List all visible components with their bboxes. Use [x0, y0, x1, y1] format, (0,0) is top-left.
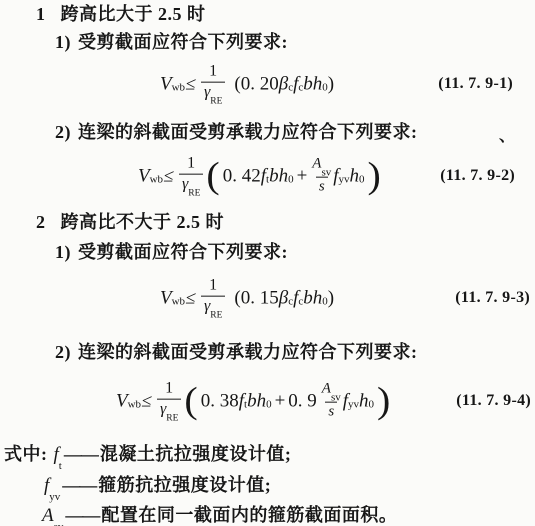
- formula-11-7-9-2: Vwb≤1γRE(0. 42ftbh0+Asvsfyvh0): [138, 156, 381, 197]
- close-paren: ): [328, 289, 334, 308]
- var-V-subscript: wb: [172, 83, 185, 94]
- var-bh: bh: [303, 289, 322, 308]
- definition-dash: ——: [64, 444, 98, 465]
- var-V-subscript: wb: [128, 400, 141, 411]
- document-page: { "page": {"background": "#fbfbf9", "ink…: [0, 0, 535, 526]
- definition-text: 箍筋抗拉强度设计值;: [98, 471, 271, 497]
- fraction-numerator: Asv: [312, 157, 331, 177]
- var-A-subscript: sv: [54, 521, 64, 526]
- scan-pause-mark: 、: [499, 123, 515, 146]
- var-V: V: [116, 392, 128, 411]
- item-2-text: 连梁的斜截面受剪承载力应符合下列要求:: [78, 122, 418, 142]
- var-f-subscript: t: [244, 400, 247, 411]
- var-beta-subscript: c: [288, 83, 293, 94]
- var-f: f: [54, 444, 59, 465]
- var-A-subscript: sv: [321, 167, 331, 179]
- formula-row-2: Vwb≤1γRE(0. 42ftbh0+Asvsfyvh0) (11. 7. 9…: [0, 149, 535, 203]
- var-fyv-subscript: yv: [339, 175, 350, 186]
- less-equal-sign: ≤: [185, 75, 197, 93]
- fraction-numerator: Asv: [322, 382, 341, 402]
- coefficient: 0. 42: [223, 167, 261, 186]
- item-2-label: 2): [55, 122, 71, 142]
- where-row-ft: 式中: ft —— 混凝土抗拉强度设计值;: [4, 440, 291, 468]
- definition-dash: ——: [65, 505, 99, 526]
- fraction-denominator: γRE: [157, 399, 181, 422]
- clause-2-heading: 2跨高比不大于 2.5 时: [36, 211, 224, 233]
- var-s: s: [316, 177, 328, 195]
- formula-11-7-9-1: Vwb≤1γRE(0. 20βcfcbh0): [160, 64, 334, 105]
- formula-row-4: Vwb≤1γRE(0. 38ftbh0+0. 9Asvsfyvh0) (11. …: [0, 374, 535, 428]
- var-h: h: [359, 392, 369, 411]
- fraction-numerator: 1: [209, 278, 217, 296]
- var-f-subscript: c: [298, 297, 303, 308]
- fraction-Asv-over-s: Asvs: [322, 382, 341, 420]
- clause-2-item-1: 1)受剪截面应符合下列要求:: [55, 241, 288, 263]
- var-bh-subscript: 0: [322, 83, 328, 94]
- fraction-denominator: γRE: [179, 174, 203, 197]
- clause-2-text: 跨高比不大于 2.5 时: [61, 212, 225, 232]
- close-paren: ): [328, 75, 334, 94]
- var-V: V: [160, 289, 172, 308]
- definition-dash: ——: [62, 475, 96, 496]
- var-f-subscript: c: [298, 83, 303, 94]
- fraction-1-over-gammaRE: 1γRE: [201, 64, 225, 105]
- fraction-1-over-gammaRE: 1γRE: [201, 278, 225, 319]
- var-f-subscript: t: [59, 460, 62, 472]
- fraction-denominator: γRE: [201, 296, 225, 319]
- equation-number-1: (11. 7. 9-1): [438, 75, 513, 93]
- var-h: h: [350, 167, 360, 186]
- less-equal-sign: ≤: [141, 392, 153, 410]
- var-h-subscript: 0: [359, 175, 365, 186]
- var-gamma-subscript: RE: [166, 414, 178, 424]
- clause-1-item-2: 2)连梁的斜截面受剪承载力应符合下列要求:: [55, 121, 418, 143]
- item-1-label: 1): [55, 32, 71, 52]
- fraction-1-over-gammaRE: 1γRE: [157, 381, 181, 422]
- where-intro: 式中:: [4, 440, 48, 466]
- var-beta-subscript: c: [288, 297, 293, 308]
- clause-1-text: 跨高比大于 2.5 时: [61, 4, 206, 24]
- var-bh: bh: [269, 167, 288, 186]
- var-beta: β: [279, 289, 288, 308]
- plus-sign: +: [297, 167, 308, 186]
- item-4-text: 连梁的斜截面受剪承载力应符合下列要求:: [78, 342, 418, 362]
- coefficient: 0. 20: [241, 75, 279, 94]
- symbol-ft: ft: [54, 444, 62, 468]
- clause-2-item-2: 2)连梁的斜截面受剪承载力应符合下列要求:: [55, 341, 418, 363]
- clause-2-number: 2: [36, 212, 46, 232]
- equation-number-3: (11. 7. 9-3): [455, 289, 530, 307]
- fraction-1-over-gammaRE: 1γRE: [179, 156, 203, 197]
- where-row-asv: Asv —— 配置在同一截面内的箍筋截面面积。: [42, 501, 397, 526]
- var-bh: bh: [303, 75, 322, 94]
- fraction-numerator: 1: [187, 156, 195, 174]
- where-row-fyv: fyv —— 箍筋抗拉强度设计值;: [44, 471, 271, 499]
- coefficient-2: 0. 9: [288, 392, 317, 411]
- equation-number-4: (11. 7. 9-4): [456, 392, 531, 410]
- less-equal-sign: ≤: [163, 167, 175, 185]
- var-bh-subscript: 0: [322, 297, 328, 308]
- var-h-subscript: 0: [369, 400, 375, 411]
- var-gamma-subscript: RE: [188, 189, 200, 199]
- var-bh: bh: [247, 392, 266, 411]
- equation-number-2: (11. 7. 9-2): [440, 167, 515, 185]
- formula-row-1: Vwb≤1γRE(0. 20βcfcbh0) (11. 7. 9-1): [0, 58, 535, 110]
- var-A: A: [322, 381, 331, 397]
- plus-sign: +: [275, 392, 286, 411]
- formula-11-7-9-4: Vwb≤1γRE(0. 38ftbh0+0. 9Asvsfyvh0): [116, 381, 390, 422]
- coefficient: 0. 38: [201, 392, 239, 411]
- item-4-label: 2): [55, 342, 71, 362]
- item-3-label: 1): [55, 242, 71, 262]
- clause-1-heading: 1跨高比大于 2.5 时: [36, 3, 206, 25]
- var-f-subscript: t: [266, 175, 269, 186]
- coefficient: 0. 15: [241, 289, 279, 308]
- var-bh-subscript: 0: [288, 175, 294, 186]
- item-3-text: 受剪截面应符合下列要求:: [78, 242, 288, 262]
- formula-11-7-9-3: Vwb≤1γRE(0. 15βcfcbh0): [160, 278, 334, 319]
- clause-1-item-1: 1)受剪截面应符合下列要求:: [55, 31, 288, 53]
- symbol-asv: Asv: [42, 505, 63, 526]
- item-1-text: 受剪截面应符合下列要求:: [78, 32, 288, 52]
- var-beta: β: [279, 75, 288, 94]
- symbol-fyv: fyv: [44, 475, 60, 499]
- var-V: V: [138, 167, 150, 186]
- var-s: s: [325, 402, 337, 420]
- fraction-numerator: 1: [165, 381, 173, 399]
- var-bh-subscript: 0: [266, 400, 272, 411]
- formula-row-3: Vwb≤1γRE(0. 15βcfcbh0) (11. 7. 9-3): [0, 272, 535, 324]
- less-equal-sign: ≤: [185, 289, 197, 307]
- var-gamma-subscript: RE: [210, 311, 222, 321]
- fraction-numerator: 1: [209, 64, 217, 82]
- var-fyv-subscript: yv: [348, 400, 359, 411]
- fraction-Asv-over-s: Asvs: [312, 157, 331, 195]
- var-V-subscript: wb: [150, 175, 163, 186]
- clause-1-number: 1: [36, 4, 46, 24]
- var-A-subscript: sv: [331, 392, 341, 404]
- var-V-subscript: wb: [172, 297, 185, 308]
- definition-text: 混凝土抗拉强度设计值;: [100, 440, 292, 466]
- fraction-denominator: γRE: [201, 82, 225, 105]
- var-A: A: [42, 505, 54, 526]
- var-gamma-subscript: RE: [210, 97, 222, 107]
- var-V: V: [160, 75, 172, 94]
- definition-text: 配置在同一截面内的箍筋截面面积。: [101, 501, 397, 526]
